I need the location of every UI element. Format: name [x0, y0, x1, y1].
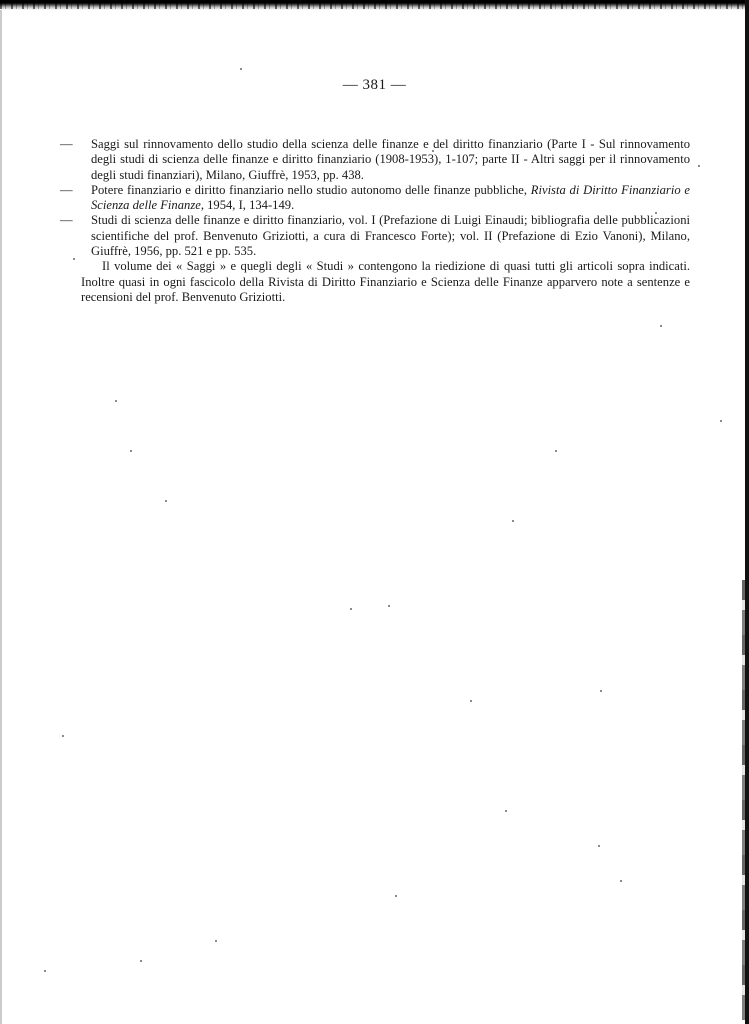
bibliography-entry: — Studi di scienza delle finanze e dirit… — [70, 213, 690, 259]
scan-speck — [698, 165, 700, 167]
scan-speck — [215, 940, 217, 942]
scan-speck — [115, 400, 117, 402]
scan-speck — [505, 810, 507, 812]
scan-speck — [62, 735, 64, 737]
entry-text: Studi di scienza delle finanze e diritto… — [91, 213, 690, 258]
bibliography-entry: — Potere finanziario e diritto finanziar… — [70, 183, 690, 214]
page-number: — 381 — — [0, 77, 749, 94]
entry-dash: — — [60, 183, 73, 198]
scan-speck — [350, 608, 352, 610]
entry-dash: — — [60, 137, 73, 152]
scan-speck — [620, 880, 622, 882]
scan-speck — [240, 68, 242, 70]
scan-speck — [512, 520, 514, 522]
closing-paragraph: Il volume dei « Saggi » e quegli degli «… — [70, 259, 690, 305]
scan-right-edge — [745, 0, 749, 1024]
entry-text: Potere finanziario e diritto finanziario… — [91, 183, 531, 197]
scan-speck — [395, 895, 397, 897]
scan-speck — [720, 420, 722, 422]
scan-speck — [660, 325, 662, 327]
scan-top-edge — [0, 0, 749, 10]
scan-right-shadow — [742, 580, 745, 1020]
bibliography-entry: — Saggi sul rinnovamento dello studio de… — [70, 137, 690, 183]
scan-speck — [73, 258, 75, 260]
scan-speck — [432, 150, 434, 152]
scan-speck — [130, 450, 132, 452]
entry-citation: 1954, I, 134-149. — [204, 198, 294, 212]
scan-speck — [598, 845, 600, 847]
scan-speck — [44, 970, 46, 972]
scan-speck — [555, 450, 557, 452]
scan-speck — [600, 690, 602, 692]
scan-speck — [388, 605, 390, 607]
scan-speck — [165, 500, 167, 502]
entry-text: Saggi sul rinnovamento dello studio dell… — [91, 137, 690, 182]
entry-dash: — — [60, 213, 73, 228]
scan-speck — [470, 700, 472, 702]
bibliography-content: — Saggi sul rinnovamento dello studio de… — [70, 137, 690, 305]
scan-left-edge — [0, 0, 2, 1024]
scan-speck — [140, 960, 142, 962]
scan-speck — [655, 212, 657, 214]
